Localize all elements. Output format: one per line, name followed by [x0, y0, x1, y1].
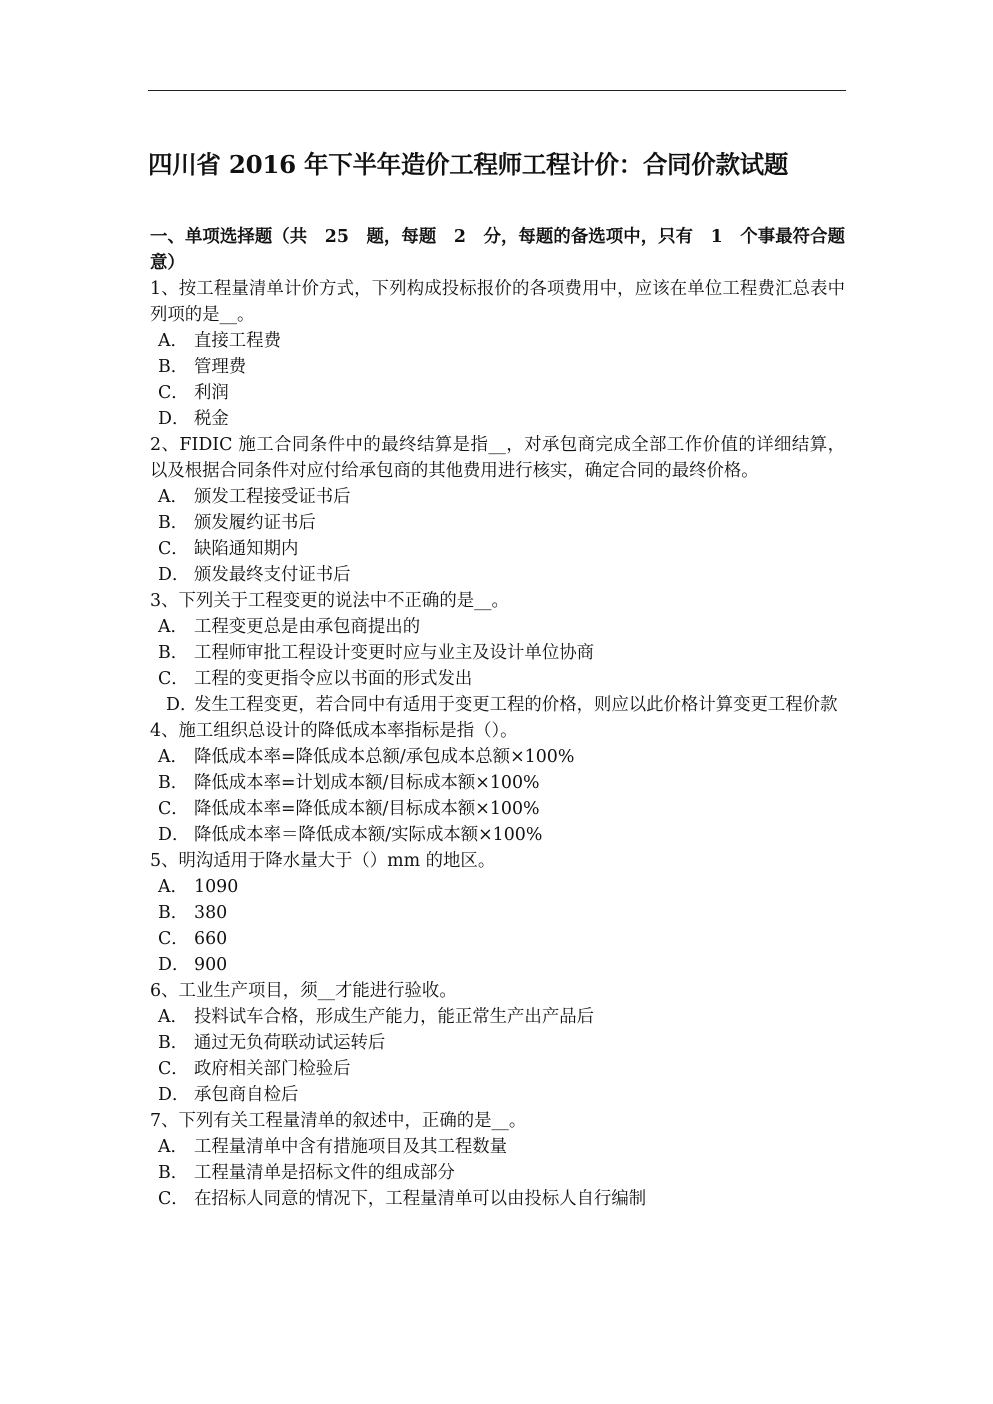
- option-text: 降低成本率=降低成本额/目标成本额×100%: [194, 799, 540, 819]
- option-text: 工程变更总是由承包商提出的: [194, 617, 420, 637]
- option-d: D．发生工程变更，若合同中有适用于变更工程的价格，则应以此价格计算变更工程价款: [150, 692, 845, 718]
- option-b: B．颁发履约证书后: [150, 510, 845, 536]
- option-b: B．管理费: [150, 354, 845, 380]
- question-stem: 1、按工程量清单计价方式，下列构成投标报价的各项费用中，应该在单位工程费汇总表中…: [150, 276, 845, 328]
- option-text: 降低成本率＝降低成本额/实际成本额×100%: [194, 825, 542, 845]
- option-b: B．380: [150, 900, 845, 926]
- option-text: 税金: [194, 409, 229, 429]
- option-c: C．工程的变更指令应以书面的形式发出: [150, 666, 845, 692]
- option-letter: D．: [158, 692, 194, 718]
- option-letter: A．: [158, 328, 194, 354]
- option-b: B．工程师审批工程设计变更时应与业主及设计单位协商: [150, 640, 845, 666]
- option-letter: A．: [158, 874, 194, 900]
- option-text: 工程的变更指令应以书面的形式发出: [194, 669, 472, 689]
- option-text: 管理费: [194, 357, 246, 377]
- option-text: 工程量清单是招标文件的组成部分: [194, 1163, 455, 1183]
- question-5: 5、明沟适用于降水量大于（）mm 的地区。 A．1090 B．380 C．660…: [150, 848, 845, 978]
- option-letter: D．: [158, 952, 194, 978]
- option-a: A．直接工程费: [150, 328, 845, 354]
- section-heading: 一、单项选择题（共 25 题，每题 2 分，每题的备选项中，只有 1 个事最符合…: [150, 224, 845, 276]
- option-c: C．660: [150, 926, 845, 952]
- header-rule: [148, 90, 846, 91]
- question-stem: 6、工业生产项目，须__才能进行验收。: [150, 978, 845, 1004]
- question-stem: 3、下列关于工程变更的说法中不正确的是__。: [150, 588, 845, 614]
- document-body: 一、单项选择题（共 25 题，每题 2 分，每题的备选项中，只有 1 个事最符合…: [150, 224, 845, 1212]
- option-a: A．颁发工程接受证书后: [150, 484, 845, 510]
- option-text: 900: [194, 955, 227, 975]
- document-page: 四川省 2016 年下半年造价工程师工程计价：合同价款试题 一、单项选择题（共 …: [0, 0, 993, 1404]
- document-title: 四川省 2016 年下半年造价工程师工程计价：合同价款试题: [148, 145, 848, 185]
- question-6: 6、工业生产项目，须__才能进行验收。 A．投料试车合格，形成生产能力，能正常生…: [150, 978, 845, 1108]
- option-letter: B．: [158, 1030, 194, 1056]
- question-stem: 4、施工组织总设计的降低成本率指标是指（）。: [150, 718, 845, 744]
- option-c: C．在招标人同意的情况下，工程量清单可以由投标人自行编制: [150, 1186, 845, 1212]
- option-b: B．降低成本率=计划成本额/目标成本额×100%: [150, 770, 845, 796]
- option-a: A．投料试车合格，形成生产能力，能正常生产出产品后: [150, 1004, 845, 1030]
- option-text: 颁发最终支付证书后: [194, 565, 351, 585]
- option-text: 直接工程费: [194, 331, 281, 351]
- option-letter: A．: [158, 614, 194, 640]
- option-text: 降低成本率=降低成本总额/承包成本总额×100%: [194, 747, 574, 767]
- question-stem: 2、FIDIC 施工合同条件中的最终结算是指__，对承包商完成全部工作价值的详细…: [150, 432, 845, 484]
- option-letter: A．: [158, 484, 194, 510]
- option-letter: C．: [158, 926, 194, 952]
- option-letter: B．: [158, 770, 194, 796]
- option-text: 颁发履约证书后: [194, 513, 316, 533]
- option-text: 1090: [194, 877, 238, 897]
- option-d: D．承包商自检后: [150, 1082, 845, 1108]
- option-letter: B．: [158, 640, 194, 666]
- option-d: D．降低成本率＝降低成本额/实际成本额×100%: [150, 822, 845, 848]
- option-letter: C．: [158, 1056, 194, 1082]
- question-3: 3、下列关于工程变更的说法中不正确的是__。 A．工程变更总是由承包商提出的 B…: [150, 588, 845, 718]
- question-stem: 7、下列有关工程量清单的叙述中，正确的是__。: [150, 1108, 845, 1134]
- option-d: D．颁发最终支付证书后: [150, 562, 845, 588]
- option-text: 工程量清单中含有措施项目及其工程数量: [194, 1137, 507, 1157]
- option-d: D．税金: [150, 406, 845, 432]
- option-text: 工程师审批工程设计变更时应与业主及设计单位协商: [194, 643, 594, 663]
- option-letter: A．: [158, 1004, 194, 1030]
- question-7: 7、下列有关工程量清单的叙述中，正确的是__。 A．工程量清单中含有措施项目及其…: [150, 1108, 845, 1212]
- option-letter: D．: [158, 822, 194, 848]
- option-a: A．工程量清单中含有措施项目及其工程数量: [150, 1134, 845, 1160]
- option-letter: C．: [158, 666, 194, 692]
- option-text: 通过无负荷联动试运转后: [194, 1033, 385, 1053]
- option-text: 颁发工程接受证书后: [194, 487, 351, 507]
- option-b: B．工程量清单是招标文件的组成部分: [150, 1160, 845, 1186]
- option-text: 发生工程变更，若合同中有适用于变更工程的价格，则应以此价格计算变更工程价款: [194, 695, 837, 715]
- option-letter: C．: [158, 796, 194, 822]
- option-letter: C．: [158, 1186, 194, 1212]
- option-a: A．降低成本率=降低成本总额/承包成本总额×100%: [150, 744, 845, 770]
- option-c: C．政府相关部门检验后: [150, 1056, 845, 1082]
- option-text: 缺陷通知期内: [194, 539, 298, 559]
- option-letter: C．: [158, 536, 194, 562]
- option-letter: C．: [158, 380, 194, 406]
- option-a: A．工程变更总是由承包商提出的: [150, 614, 845, 640]
- option-d: D．900: [150, 952, 845, 978]
- question-stem: 5、明沟适用于降水量大于（）mm 的地区。: [150, 848, 845, 874]
- option-letter: A．: [158, 1134, 194, 1160]
- option-text: 投料试车合格，形成生产能力，能正常生产出产品后: [194, 1007, 594, 1027]
- option-text: 降低成本率=计划成本额/目标成本额×100%: [194, 773, 540, 793]
- option-text: 利润: [194, 383, 229, 403]
- option-letter: B．: [158, 354, 194, 380]
- option-text: 承包商自检后: [194, 1085, 298, 1105]
- option-letter: B．: [158, 1160, 194, 1186]
- option-c: C．降低成本率=降低成本额/目标成本额×100%: [150, 796, 845, 822]
- question-4: 4、施工组织总设计的降低成本率指标是指（）。 A．降低成本率=降低成本总额/承包…: [150, 718, 845, 848]
- option-letter: B．: [158, 510, 194, 536]
- option-text: 380: [194, 903, 227, 923]
- option-a: A．1090: [150, 874, 845, 900]
- option-letter: A．: [158, 744, 194, 770]
- question-1: 1、按工程量清单计价方式，下列构成投标报价的各项费用中，应该在单位工程费汇总表中…: [150, 276, 845, 432]
- option-c: C．缺陷通知期内: [150, 536, 845, 562]
- option-letter: B．: [158, 900, 194, 926]
- option-letter: D．: [158, 1082, 194, 1108]
- option-c: C．利润: [150, 380, 845, 406]
- option-text: 政府相关部门检验后: [194, 1059, 351, 1079]
- option-letter: D．: [158, 406, 194, 432]
- option-b: B．通过无负荷联动试运转后: [150, 1030, 845, 1056]
- option-text: 在招标人同意的情况下，工程量清单可以由投标人自行编制: [194, 1189, 646, 1209]
- option-letter: D．: [158, 562, 194, 588]
- question-2: 2、FIDIC 施工合同条件中的最终结算是指__，对承包商完成全部工作价值的详细…: [150, 432, 845, 588]
- option-text: 660: [194, 929, 227, 949]
